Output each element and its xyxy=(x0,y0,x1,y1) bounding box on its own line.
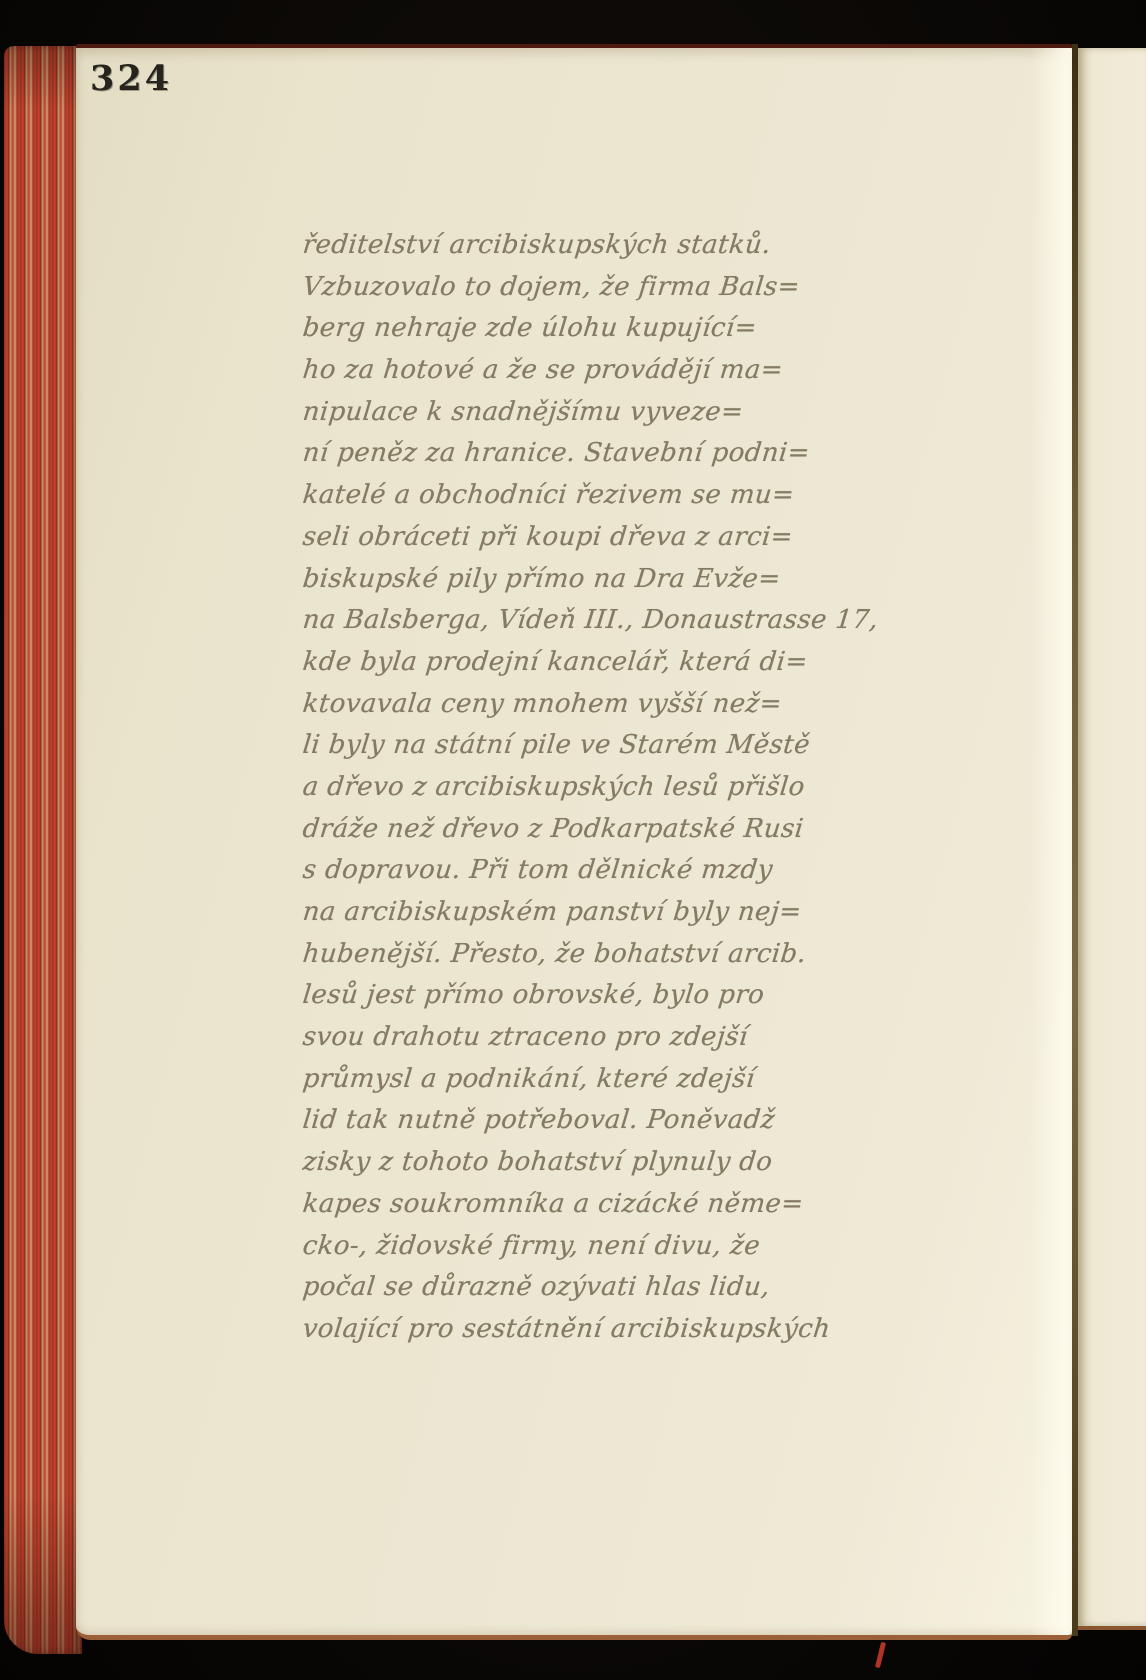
manuscript-line: seli obráceti při koupi dřeva z arci= xyxy=(300,522,964,564)
gutter-highlight xyxy=(1030,48,1072,1635)
manuscript-line: cko-, židovské firmy, není divu, že xyxy=(300,1231,964,1273)
manuscript-line: volající pro sestátnění arcibiskupských xyxy=(300,1314,964,1356)
manuscript-line: hubenější. Přesto, že bohatství arcib. xyxy=(300,939,964,981)
manuscript-line: svou drahotu ztraceno pro zdejší xyxy=(300,1022,964,1064)
manuscript-line: na arcibiskupském panství byly nej= xyxy=(300,897,964,939)
manuscript-line: nipulace k snadnějšímu vyveze= xyxy=(300,397,964,439)
manuscript-line: s dopravou. Při tom dělnické mzdy xyxy=(300,855,964,897)
manuscript-line: li byly na státní pile ve Starém Městě xyxy=(300,730,964,772)
manuscript-line: ní peněz za hranice. Stavební podni= xyxy=(300,438,964,480)
manuscript-line: ho za hotové a že se provádějí ma= xyxy=(300,355,964,397)
manuscript-line: berg nehraje zde úlohu kupující= xyxy=(300,313,964,355)
manuscript-page: 324 ředitelství arcibiskupských statků. … xyxy=(76,44,1072,1640)
manuscript-line: Vzbuzovalo to dojem, že firma Bals= xyxy=(300,272,964,314)
book-page-stack-edge xyxy=(4,46,82,1654)
manuscript-line: dráže než dřevo z Podkarpatské Rusi xyxy=(300,814,964,856)
manuscript-line: počal se důrazně ozývati hlas lidu, xyxy=(300,1272,964,1314)
manuscript-line: na Balsberga, Vídeň III., Donaustrasse 1… xyxy=(300,605,964,647)
manuscript-line: lid tak nutně potřeboval. Poněvadž xyxy=(300,1105,964,1147)
manuscript-line: a dřevo z arcibiskupských lesů přišlo xyxy=(300,772,964,814)
manuscript-line: biskupské pily přímo na Dra Evže= xyxy=(300,564,964,606)
manuscript-line: lesů jest přímo obrovské, bylo pro xyxy=(300,980,964,1022)
manuscript-line: průmysl a podnikání, které zdejší xyxy=(300,1064,964,1106)
manuscript-line: ředitelství arcibiskupských statků. xyxy=(300,230,964,272)
manuscript-line: katelé a obchodníci řezivem se mu= xyxy=(300,480,964,522)
manuscript-line: kde byla prodejní kancelář, která di= xyxy=(300,647,964,689)
manuscript-line: zisky z tohoto bohatství plynuly do xyxy=(300,1147,964,1189)
manuscript-line: ktovavala ceny mnohem vyšší než= xyxy=(300,689,964,731)
adjacent-page-edge xyxy=(1078,48,1146,1630)
page-number: 324 xyxy=(90,58,172,99)
manuscript-text: ředitelství arcibiskupských statků. Vzbu… xyxy=(300,230,960,1356)
manuscript-line: kapes soukromníka a cizácké něme= xyxy=(300,1189,964,1231)
